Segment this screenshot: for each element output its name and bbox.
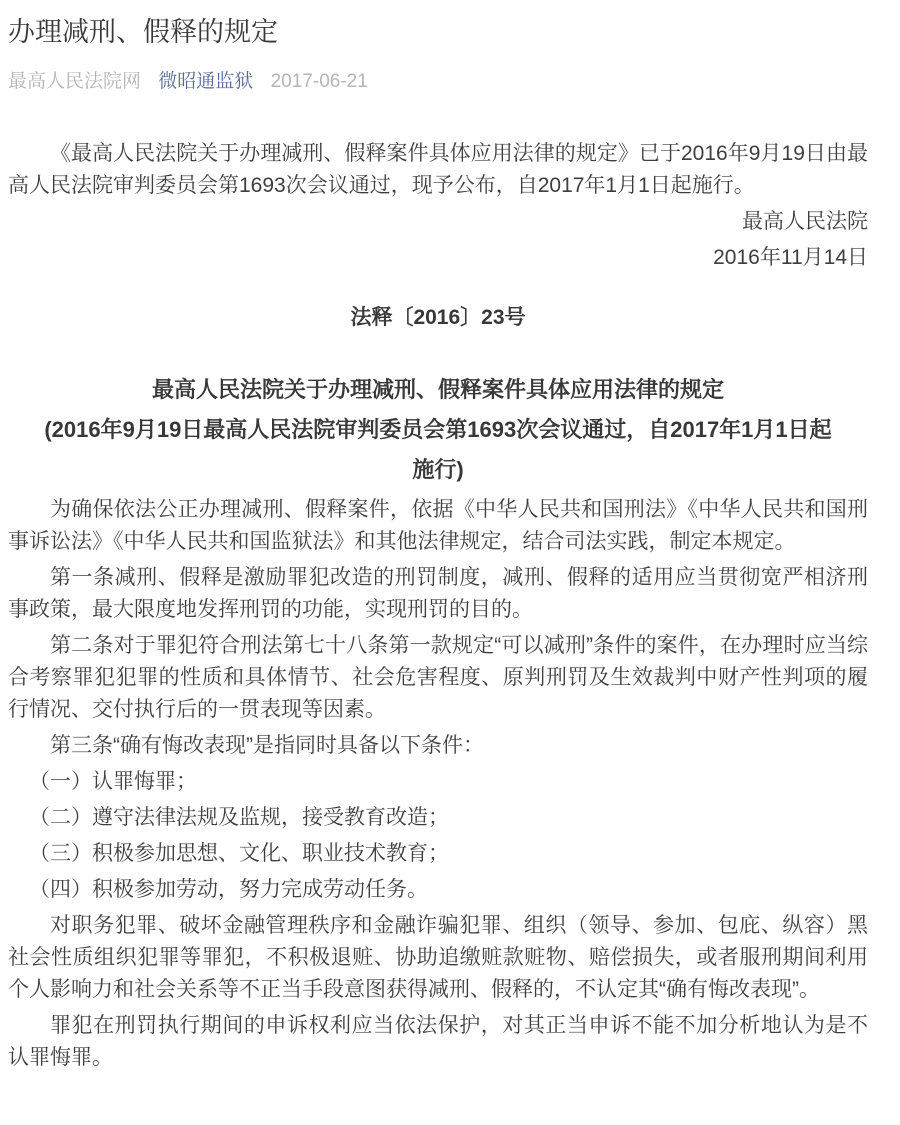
paragraph-preamble: 为确保依法公正办理减刑、假释案件，依据《中华人民共和国刑法》《中华人民共和国刑事…	[8, 494, 868, 558]
condition-item-2: （二）遵守法律法规及监规，接受教育改造；	[8, 802, 868, 834]
condition-item-1: （一）认罪悔罪；	[8, 766, 868, 798]
article-meta: 最高人民法院网 微昭通监狱 2017-06-21	[8, 69, 868, 95]
article-title: 办理减刑、假释的规定	[8, 14, 868, 50]
account-link[interactable]: 微昭通监狱	[158, 71, 253, 92]
paragraph-special-crimes: 对职务犯罪、破坏金融管理秩序和金融诈骗犯罪、组织（领导、参加、包庇、纵容）黑社会…	[8, 910, 868, 1006]
article: 办理减刑、假释的规定 最高人民法院网 微昭通监狱 2017-06-21 《最高人…	[0, 0, 900, 1074]
regulation-title-line-2: (2016年9月19日最高人民法院审判委员会第1693次会议通过，自2017年1…	[8, 410, 868, 450]
announcement-paragraph: 《最高人民法院关于办理减刑、假释案件具体应用法律的规定》已于2016年9月19日…	[8, 138, 868, 202]
condition-item-4: （四）积极参加劳动，努力完成劳动任务。	[8, 874, 868, 906]
publish-date: 2017-06-21	[271, 71, 368, 92]
issuer-line: 最高人民法院	[8, 206, 868, 238]
paragraph-appeal-rights: 罪犯在刑罚执行期间的申诉权利应当依法保护，对其正当申诉不能不加分析地认为是不认罪…	[8, 1010, 868, 1074]
doc-number: 法释〔2016〕23号	[8, 302, 868, 334]
regulation-title-line-1: 最高人民法院关于办理减刑、假释案件具体应用法律的规定	[8, 370, 868, 410]
issue-date-line: 2016年11月14日	[8, 242, 868, 274]
paragraph-article-1: 第一条减刑、假释是激励罪犯改造的刑罚制度，减刑、假释的适用应当贯彻宽严相济刑事政…	[8, 562, 868, 626]
paragraph-article-2: 第二条对于罪犯符合刑法第七十八条第一款规定“可以减刑”条件的案件，在办理时应当综…	[8, 630, 868, 726]
source-name: 最高人民法院网	[8, 71, 141, 92]
regulation-title-line-3: 施行)	[8, 450, 868, 490]
paragraph-article-3: 第三条“确有悔改表现”是指同时具备以下条件：	[8, 730, 868, 762]
condition-item-3: （三）积极参加思想、文化、职业技术教育；	[8, 838, 868, 870]
